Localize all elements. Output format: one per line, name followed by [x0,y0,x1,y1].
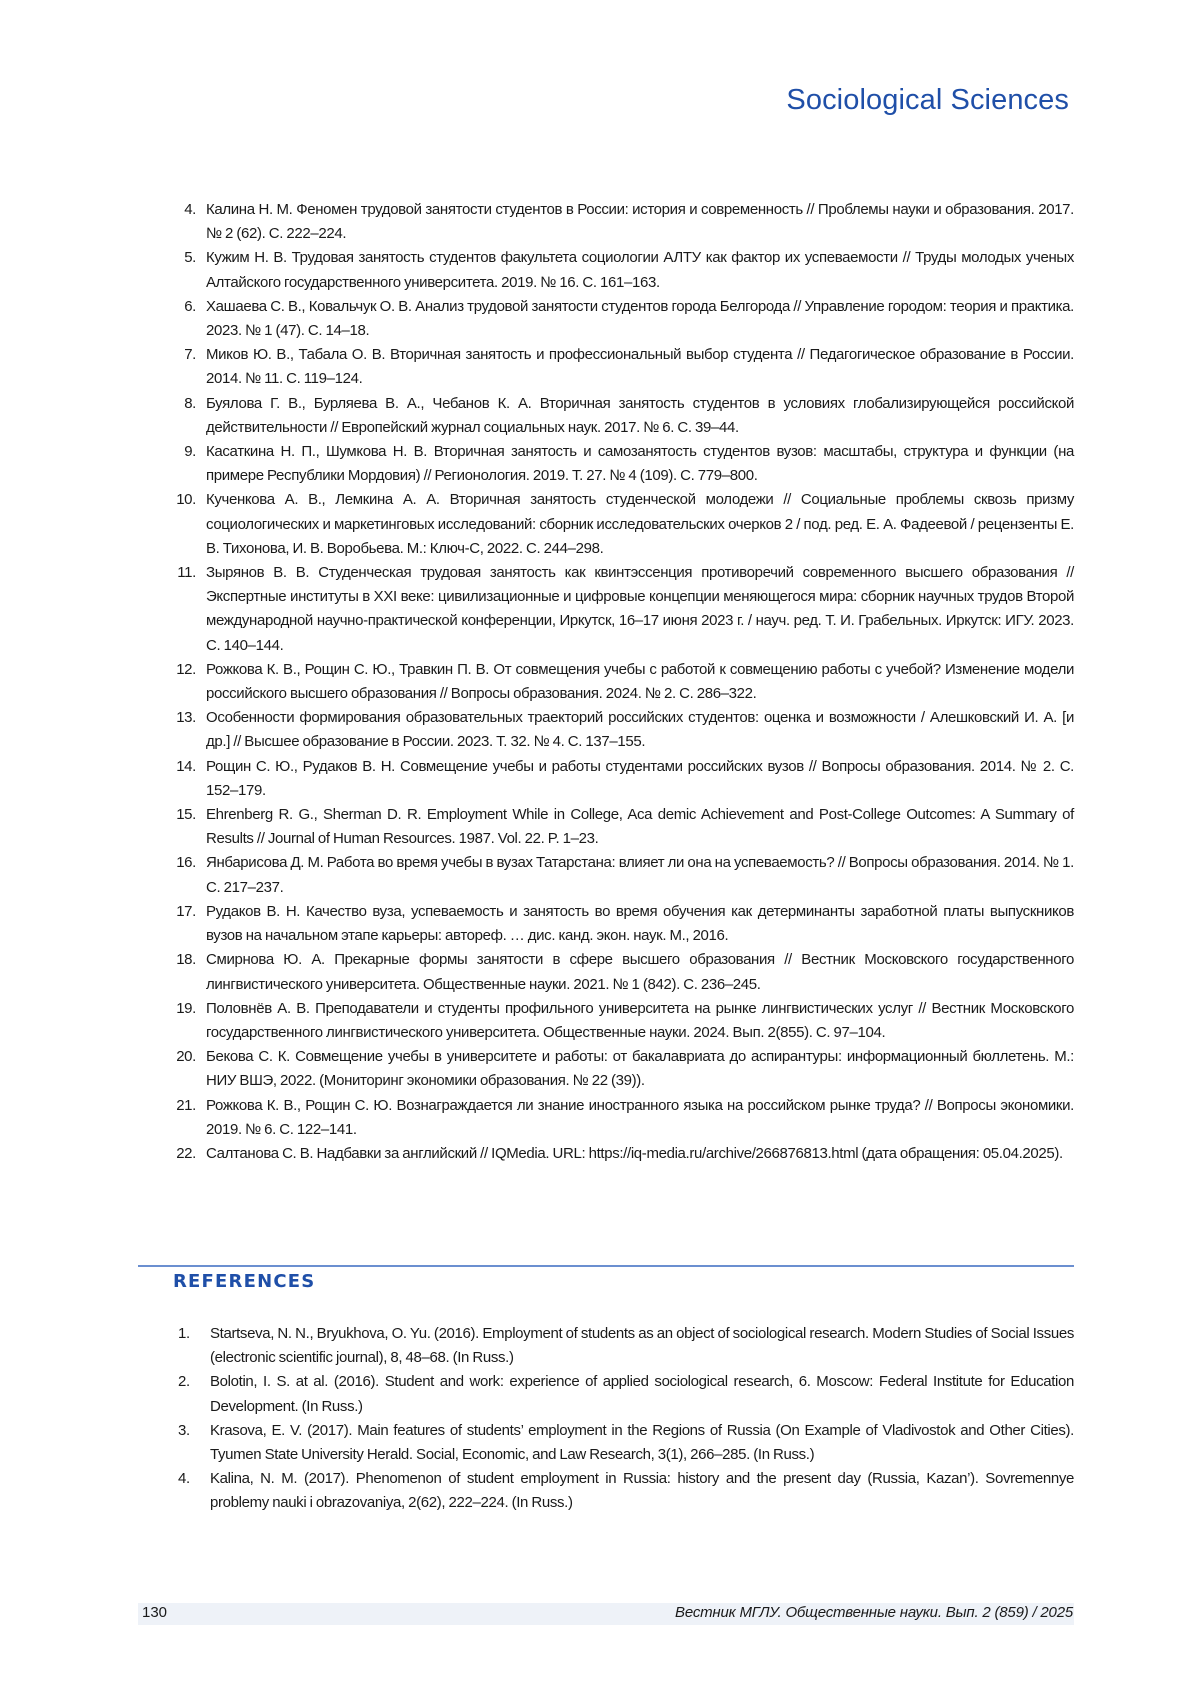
reference-text: Bolotin, I. S. at al. (2016). Student an… [210,1373,1074,1414]
reference-number: 18. [166,948,196,972]
reference-text: Калина Н. М. Феномен трудовой занятости … [206,201,1074,242]
reference-item: 7.Миков Ю. В., Табала О. В. Вторичная за… [166,343,1074,391]
reference-text: Startseva, N. N., Bryukhova, O. Yu. (201… [210,1325,1074,1366]
reference-item: 5.Кужим Н. В. Трудовая занятость студент… [166,246,1074,294]
reference-number: 22. [166,1142,196,1166]
reference-item: 4.Kalina, N. M. (2017). Phenomenon of st… [166,1467,1074,1515]
reference-number: 5. [166,246,196,270]
reference-text: Kalina, N. M. (2017). Phenomenon of stud… [210,1470,1074,1511]
references-heading: REFERENCES [173,1271,315,1292]
section-divider [138,1265,1074,1267]
russian-reference-list: 4.Калина Н. М. Феномен трудовой занятост… [166,198,1074,1166]
reference-item: 22.Салтанова С. В. Надбавки за английски… [166,1142,1074,1166]
journal-citation: Вестник МГЛУ. Общественные науки. Вып. 2… [675,1604,1073,1621]
reference-text: Касаткина Н. П., Шумкова Н. В. Вторичная… [206,443,1074,484]
reference-number: 14. [166,755,196,779]
reference-item: 1.Startseva, N. N., Bryukhova, O. Yu. (2… [166,1322,1074,1370]
reference-number: 2. [178,1370,190,1394]
reference-number: 4. [178,1467,190,1491]
reference-text: Буялова Г. В., Бурляева В. А., Чебанов К… [206,395,1074,436]
section-title: Sociological Sciences [786,84,1069,117]
reference-text: Кученкова А. В., Лемкина А. А. Вторичная… [206,491,1074,556]
reference-text: Рудаков В. Н. Качество вуза, успеваемост… [206,903,1074,944]
reference-text: Рощин С. Ю., Рудаков В. Н. Совмещение уч… [206,758,1074,799]
reference-number: 7. [166,343,196,367]
reference-text: Зырянов В. В. Студенческая трудовая заня… [206,564,1074,654]
reference-item: 14.Рощин С. Ю., Рудаков В. Н. Совмещение… [166,755,1074,803]
reference-text: Кужим Н. В. Трудовая занятость студентов… [206,249,1074,290]
reference-number: 9. [166,440,196,464]
reference-item: 13.Особенности формирования образователь… [166,706,1074,754]
reference-text: Особенности формирования образовательных… [206,709,1074,750]
reference-item: 21.Рожкова К. В., Рощин С. Ю. Вознагражд… [166,1094,1074,1142]
reference-number: 21. [166,1094,196,1118]
reference-number: 19. [166,997,196,1021]
reference-item: 11.Зырянов В. В. Студенческая трудовая з… [166,561,1074,658]
reference-number: 13. [166,706,196,730]
reference-text: Рожкова К. В., Рощин С. Ю. Вознаграждает… [206,1097,1074,1138]
reference-number: 15. [166,803,196,827]
reference-item: 3.Krasova, E. V. (2017). Main features o… [166,1419,1074,1467]
reference-item: 20.Бекова С. К. Совмещение учебы в униве… [166,1045,1074,1093]
reference-number: 1. [178,1322,190,1346]
reference-number: 10. [166,488,196,512]
reference-text: Янбарисова Д. М. Работа во время учебы в… [206,854,1074,895]
reference-number: 20. [166,1045,196,1069]
reference-item: 16.Янбарисова Д. М. Работа во время учеб… [166,851,1074,899]
page-number: 130 [142,1604,167,1621]
reference-number: 3. [178,1419,190,1443]
reference-item: 2.Bolotin, I. S. at al. (2016). Student … [166,1370,1074,1418]
reference-number: 12. [166,658,196,682]
reference-text: Миков Ю. В., Табала О. В. Вторичная заня… [206,346,1074,387]
reference-number: 11. [166,561,196,585]
reference-text: Хашаева С. В., Ковальчук О. В. Анализ тр… [206,298,1074,339]
reference-text: Смирнова Ю. А. Прекарные формы занятости… [206,951,1074,992]
reference-item: 18.Смирнова Ю. А. Прекарные формы занято… [166,948,1074,996]
reference-number: 8. [166,392,196,416]
reference-item: 17.Рудаков В. Н. Качество вуза, успеваем… [166,900,1074,948]
reference-item: 4.Калина Н. М. Феномен трудовой занятост… [166,198,1074,246]
reference-number: 17. [166,900,196,924]
reference-item: 19.Половнёв А. В. Преподаватели и студен… [166,997,1074,1045]
reference-item: 10.Кученкова А. В., Лемкина А. А. Вторич… [166,488,1074,561]
reference-number: 16. [166,851,196,875]
reference-item: 12.Рожкова К. В., Рощин С. Ю., Травкин П… [166,658,1074,706]
reference-text: Салтанова С. В. Надбавки за английский /… [206,1145,1063,1162]
reference-text: Ehrenberg R. G., Sherman D. R. Employmen… [206,806,1074,847]
reference-text: Krasova, E. V. (2017). Main features of … [210,1422,1074,1463]
reference-number: 4. [166,198,196,222]
english-reference-list: 1.Startseva, N. N., Bryukhova, O. Yu. (2… [166,1322,1074,1516]
reference-text: Рожкова К. В., Рощин С. Ю., Травкин П. В… [206,661,1074,702]
reference-number: 6. [166,295,196,319]
reference-item: 6.Хашаева С. В., Ковальчук О. В. Анализ … [166,295,1074,343]
reference-text: Половнёв А. В. Преподаватели и студенты … [206,1000,1074,1041]
reference-item: 9.Касаткина Н. П., Шумкова Н. В. Вторичн… [166,440,1074,488]
reference-text: Бекова С. К. Совмещение учебы в универси… [206,1048,1074,1089]
reference-item: 8.Буялова Г. В., Бурляева В. А., Чебанов… [166,392,1074,440]
reference-item: 15.Ehrenberg R. G., Sherman D. R. Employ… [166,803,1074,851]
